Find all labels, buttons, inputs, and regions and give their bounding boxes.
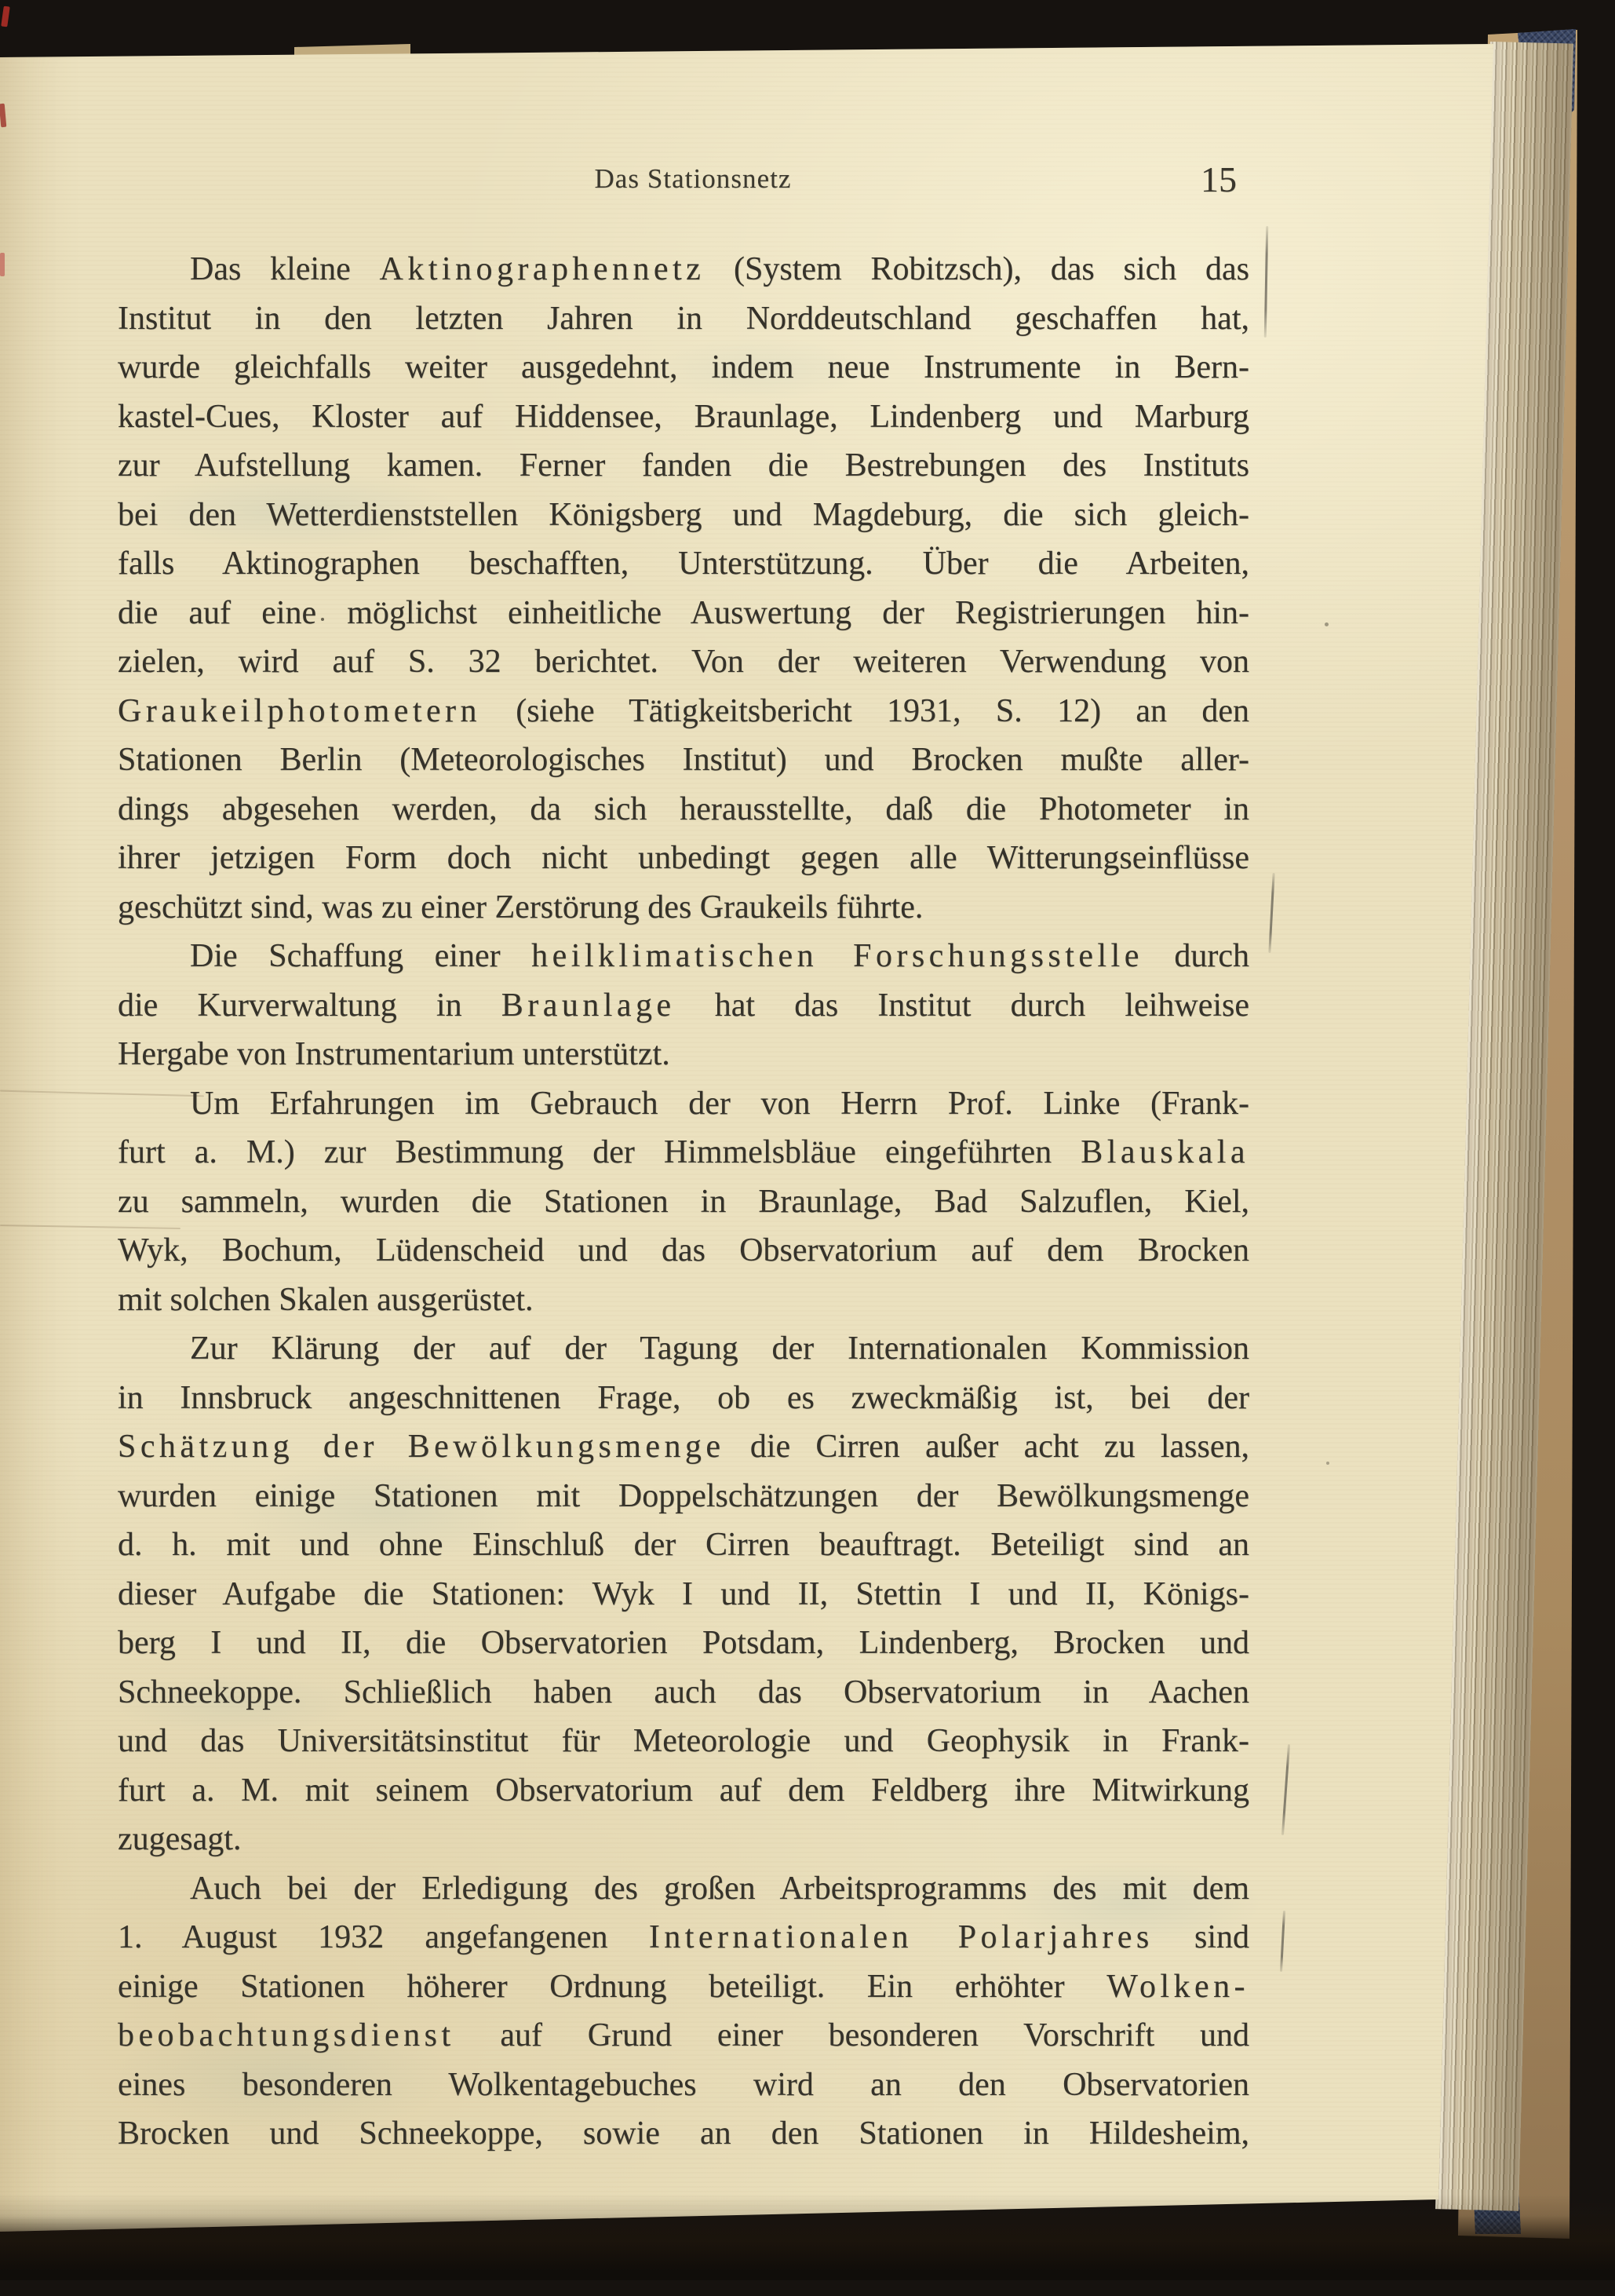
text-line: Schätzung der Bewölkungsmenge die Cirren… (118, 1422, 1249, 1472)
text-line: kastel-Cues, Kloster auf Hiddensee, Brau… (118, 392, 1249, 442)
letterspaced-text: Internationalen Polarjahres (649, 1919, 1154, 1955)
text-line: Schneekoppe. Schließlich haben auch das … (118, 1668, 1249, 1717)
text-line: falls Aktinographen beschafften, Unterst… (118, 539, 1249, 589)
text-line: wurden einige Stationen mit Doppelschätz… (118, 1472, 1249, 1521)
text-line: d. h. mit und ohne Einschluß der Cirren … (118, 1520, 1249, 1570)
text-line: eines besonderen Wolkentagebuches wird a… (118, 2061, 1249, 2110)
text-line: 1. August 1932 angefangenen Internationa… (118, 1913, 1249, 1962)
text-line: mit solchen Skalen ausgerüstet. (118, 1276, 1249, 1325)
text-line: dings abgesehen werden, da sich herausst… (118, 785, 1249, 834)
text-line: Institut in den letzten Jahren in Nordde… (118, 294, 1249, 344)
text-line: Zur Klärung der auf der Tagung der Inter… (118, 1324, 1249, 1374)
text-line: ihrer jetzigen Form doch nicht unbedingt… (118, 834, 1249, 883)
red-edge-mark (1, 6, 10, 27)
text-line: einige Stationen höherer Ordnung beteili… (118, 1962, 1249, 2012)
ink-speck (1325, 622, 1329, 626)
page-text-block: Das kleine Aktinographennetz (System Rob… (118, 245, 1249, 2159)
text-line: zu sammeln, wurden die Stationen in Brau… (118, 1177, 1249, 1227)
text-line: Hergabe von Instrumentarium unterstützt. (118, 1030, 1249, 1079)
letterspaced-text: Schätzung der Bewölkungsmenge (118, 1429, 725, 1465)
text-line: in Innsbruck angeschnittenen Frage, ob e… (118, 1374, 1249, 1423)
red-edge-mark (0, 253, 5, 276)
letterspaced-text: Blauskala (1081, 1134, 1249, 1170)
letterspaced-text: heilklimatischen Forschungsstelle (531, 938, 1143, 974)
text-line: Stationen Berlin (Meteorologisches Insti… (118, 736, 1249, 785)
text-line: und das Universitätsinstitut für Meteoro… (118, 1717, 1249, 1766)
running-header-title: Das Stationsnetz (127, 163, 1259, 195)
running-header: Das Stationsnetz 15 (118, 163, 1249, 201)
text-line: die Kurverwaltung in Braunlage hat das I… (118, 981, 1249, 1031)
text-line: Um Erfahrungen im Gebrauch der von Herrn… (118, 1079, 1249, 1129)
text-line: Auch bei der Erledigung des großen Arbei… (118, 1864, 1249, 1914)
text-line: zielen, wird auf S. 32 berichtet. Von de… (118, 637, 1249, 687)
text-line: wurde gleichfalls weiter ausgedehnt, ind… (118, 343, 1249, 392)
letterspaced-text: Braunlage (501, 987, 676, 1024)
text-line: furt a. M. mit seinem Observatorium auf … (118, 1766, 1249, 1816)
page-number: 15 (1201, 159, 1351, 200)
text-line: geschützt sind, was zu einer Zerstörung … (118, 883, 1249, 933)
letterspaced-text: Graukeilphotometern (118, 693, 481, 729)
text-line: dieser Aufgabe die Stationen: Wyk I und … (118, 1570, 1249, 1619)
letterspaced-text: Aktinographennetz (380, 251, 705, 287)
text-line: zur Aufstellung kamen. Ferner fanden die… (118, 441, 1249, 491)
letterspaced-text: Wolken- (1106, 1969, 1249, 2005)
text-line: berg I und II, die Observatorien Potsdam… (118, 1619, 1249, 1668)
text-line: Brocken und Schneekoppe, sowie an den St… (118, 2109, 1249, 2159)
book-page: Das Stationsnetz 15 Das kleine Aktinogra… (0, 0, 1615, 2296)
text-line: Wyk, Bochum, Lüdenscheid und das Observa… (118, 1226, 1249, 1276)
text-line: bei den Wetterdienststellen Königsberg u… (118, 491, 1249, 540)
text-line: beobachtungsdienst auf Grund einer beson… (118, 2011, 1249, 2061)
text-line: furt a. M.) zur Bestimmung der Himmelsbl… (118, 1128, 1249, 1177)
text-line: die auf eine möglichst einheitliche Ausw… (118, 589, 1249, 638)
scanned-book-photo: Das Stationsnetz 15 Das kleine Aktinogra… (0, 0, 1615, 2296)
text-line: Graukeilphotometern (siehe Tätigkeitsber… (118, 687, 1249, 736)
text-line: Das kleine Aktinographennetz (System Rob… (118, 245, 1249, 294)
text-line: Die Schaffung einer heilklimatischen For… (118, 932, 1249, 981)
letterspaced-text: beobachtungsdienst (118, 2017, 455, 2053)
ink-speck (321, 618, 324, 621)
text-line: zugesagt. (118, 1815, 1249, 1864)
page-bottom-shadow (0, 2194, 1615, 2280)
ink-speck (1326, 1462, 1329, 1465)
